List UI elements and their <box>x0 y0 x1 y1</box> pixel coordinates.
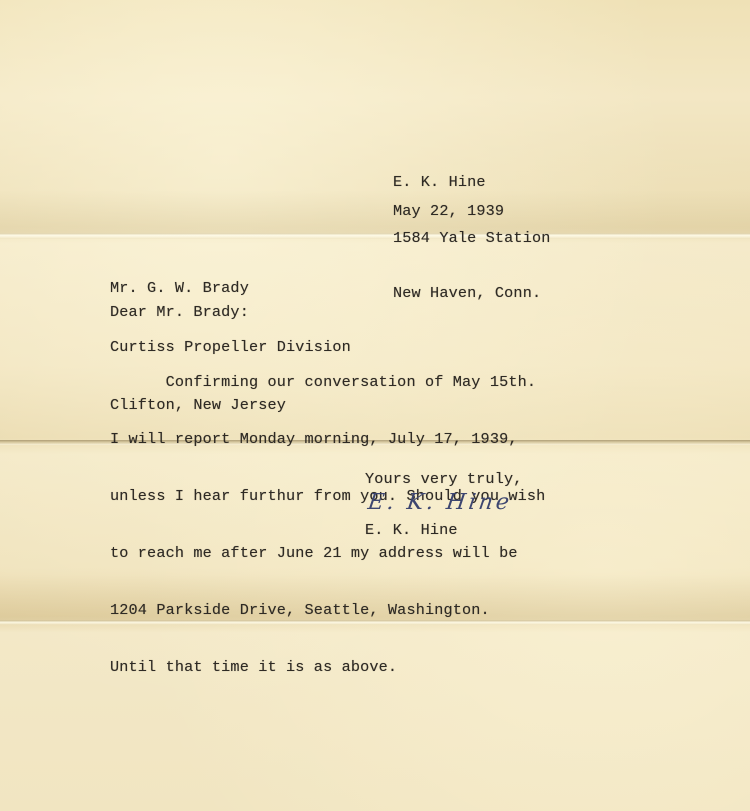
fold-line <box>0 233 750 239</box>
body-line: Until that time it is as above. <box>110 658 545 677</box>
paper-shading <box>0 190 750 233</box>
sender-name: E. K. Hine <box>393 173 551 192</box>
sender-address-line1: 1584 Yale Station <box>393 229 551 248</box>
complimentary-close: Yours very truly, <box>365 470 523 489</box>
body-line: Confirming our conversation of May 15th. <box>110 373 545 392</box>
sender-address-line2: New Haven, Conn. <box>393 284 551 303</box>
letter-date: May 22, 1939 <box>393 202 504 221</box>
body-line: I will report Monday morning, July 17, 1… <box>110 430 545 449</box>
body-line: 1204 Parkside Drive, Seattle, Washington… <box>110 601 545 620</box>
typed-signature-name: E. K. Hine <box>365 521 458 540</box>
recipient-name: Mr. G. W. Brady <box>110 279 351 299</box>
letter-body: Confirming our conversation of May 15th.… <box>110 335 545 696</box>
return-address: E. K. Hine 1584 Yale Station New Haven, … <box>393 136 551 321</box>
body-line: to reach me after June 21 my address wil… <box>110 544 545 563</box>
salutation: Dear Mr. Brady: <box>110 303 249 322</box>
handwritten-signature: E. K. Hine <box>366 490 513 515</box>
